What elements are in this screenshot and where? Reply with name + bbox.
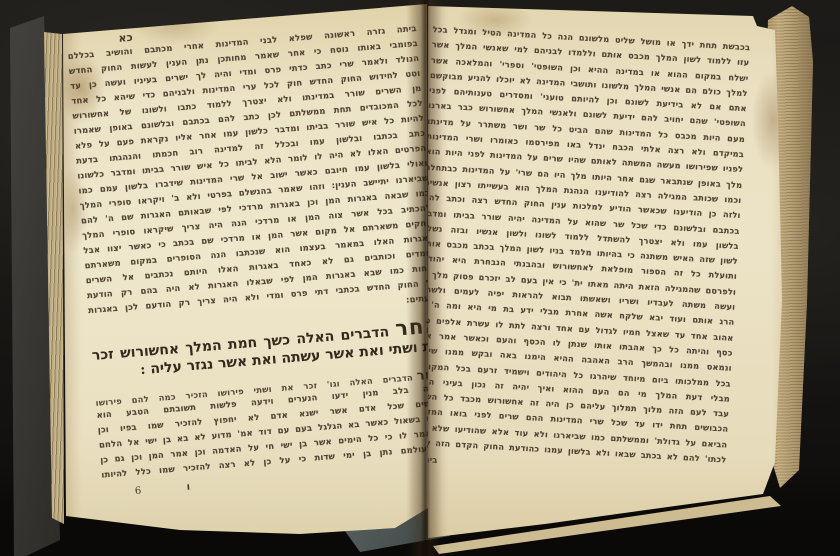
left-page-commentary-upper: ביתה גזרה ראשונה שפלא לבני המדינות אחרי …: [67, 23, 439, 335]
signature-mark-numeral: 6: [134, 485, 141, 496]
right-page-text: בכבשת תחת ידך או מושל שליט מלשונם הנה כל…: [407, 24, 750, 487]
signature-mark-letter: ו: [186, 481, 190, 492]
left-page-text: כא ביתה גזרה ראשונה שפלא לבני המדינות אח…: [66, 8, 453, 504]
left-page: כא ביתה גזרה ראשונה שפלא לבני המדינות אח…: [55, 0, 430, 556]
right-page-commentary: בכבשת תחת ידך או מושל שליט מלשונם הנה כל…: [408, 24, 750, 470]
book-gutter-shadow: [406, 0, 442, 556]
photo-open-hebrew-book: בכבשת תחת ידך או מושל שליט מלשונם הנה כל…: [0, 0, 840, 556]
right-page: בכבשת תחת ידך או מושל שליט מלשונם הנה כל…: [425, 0, 810, 556]
